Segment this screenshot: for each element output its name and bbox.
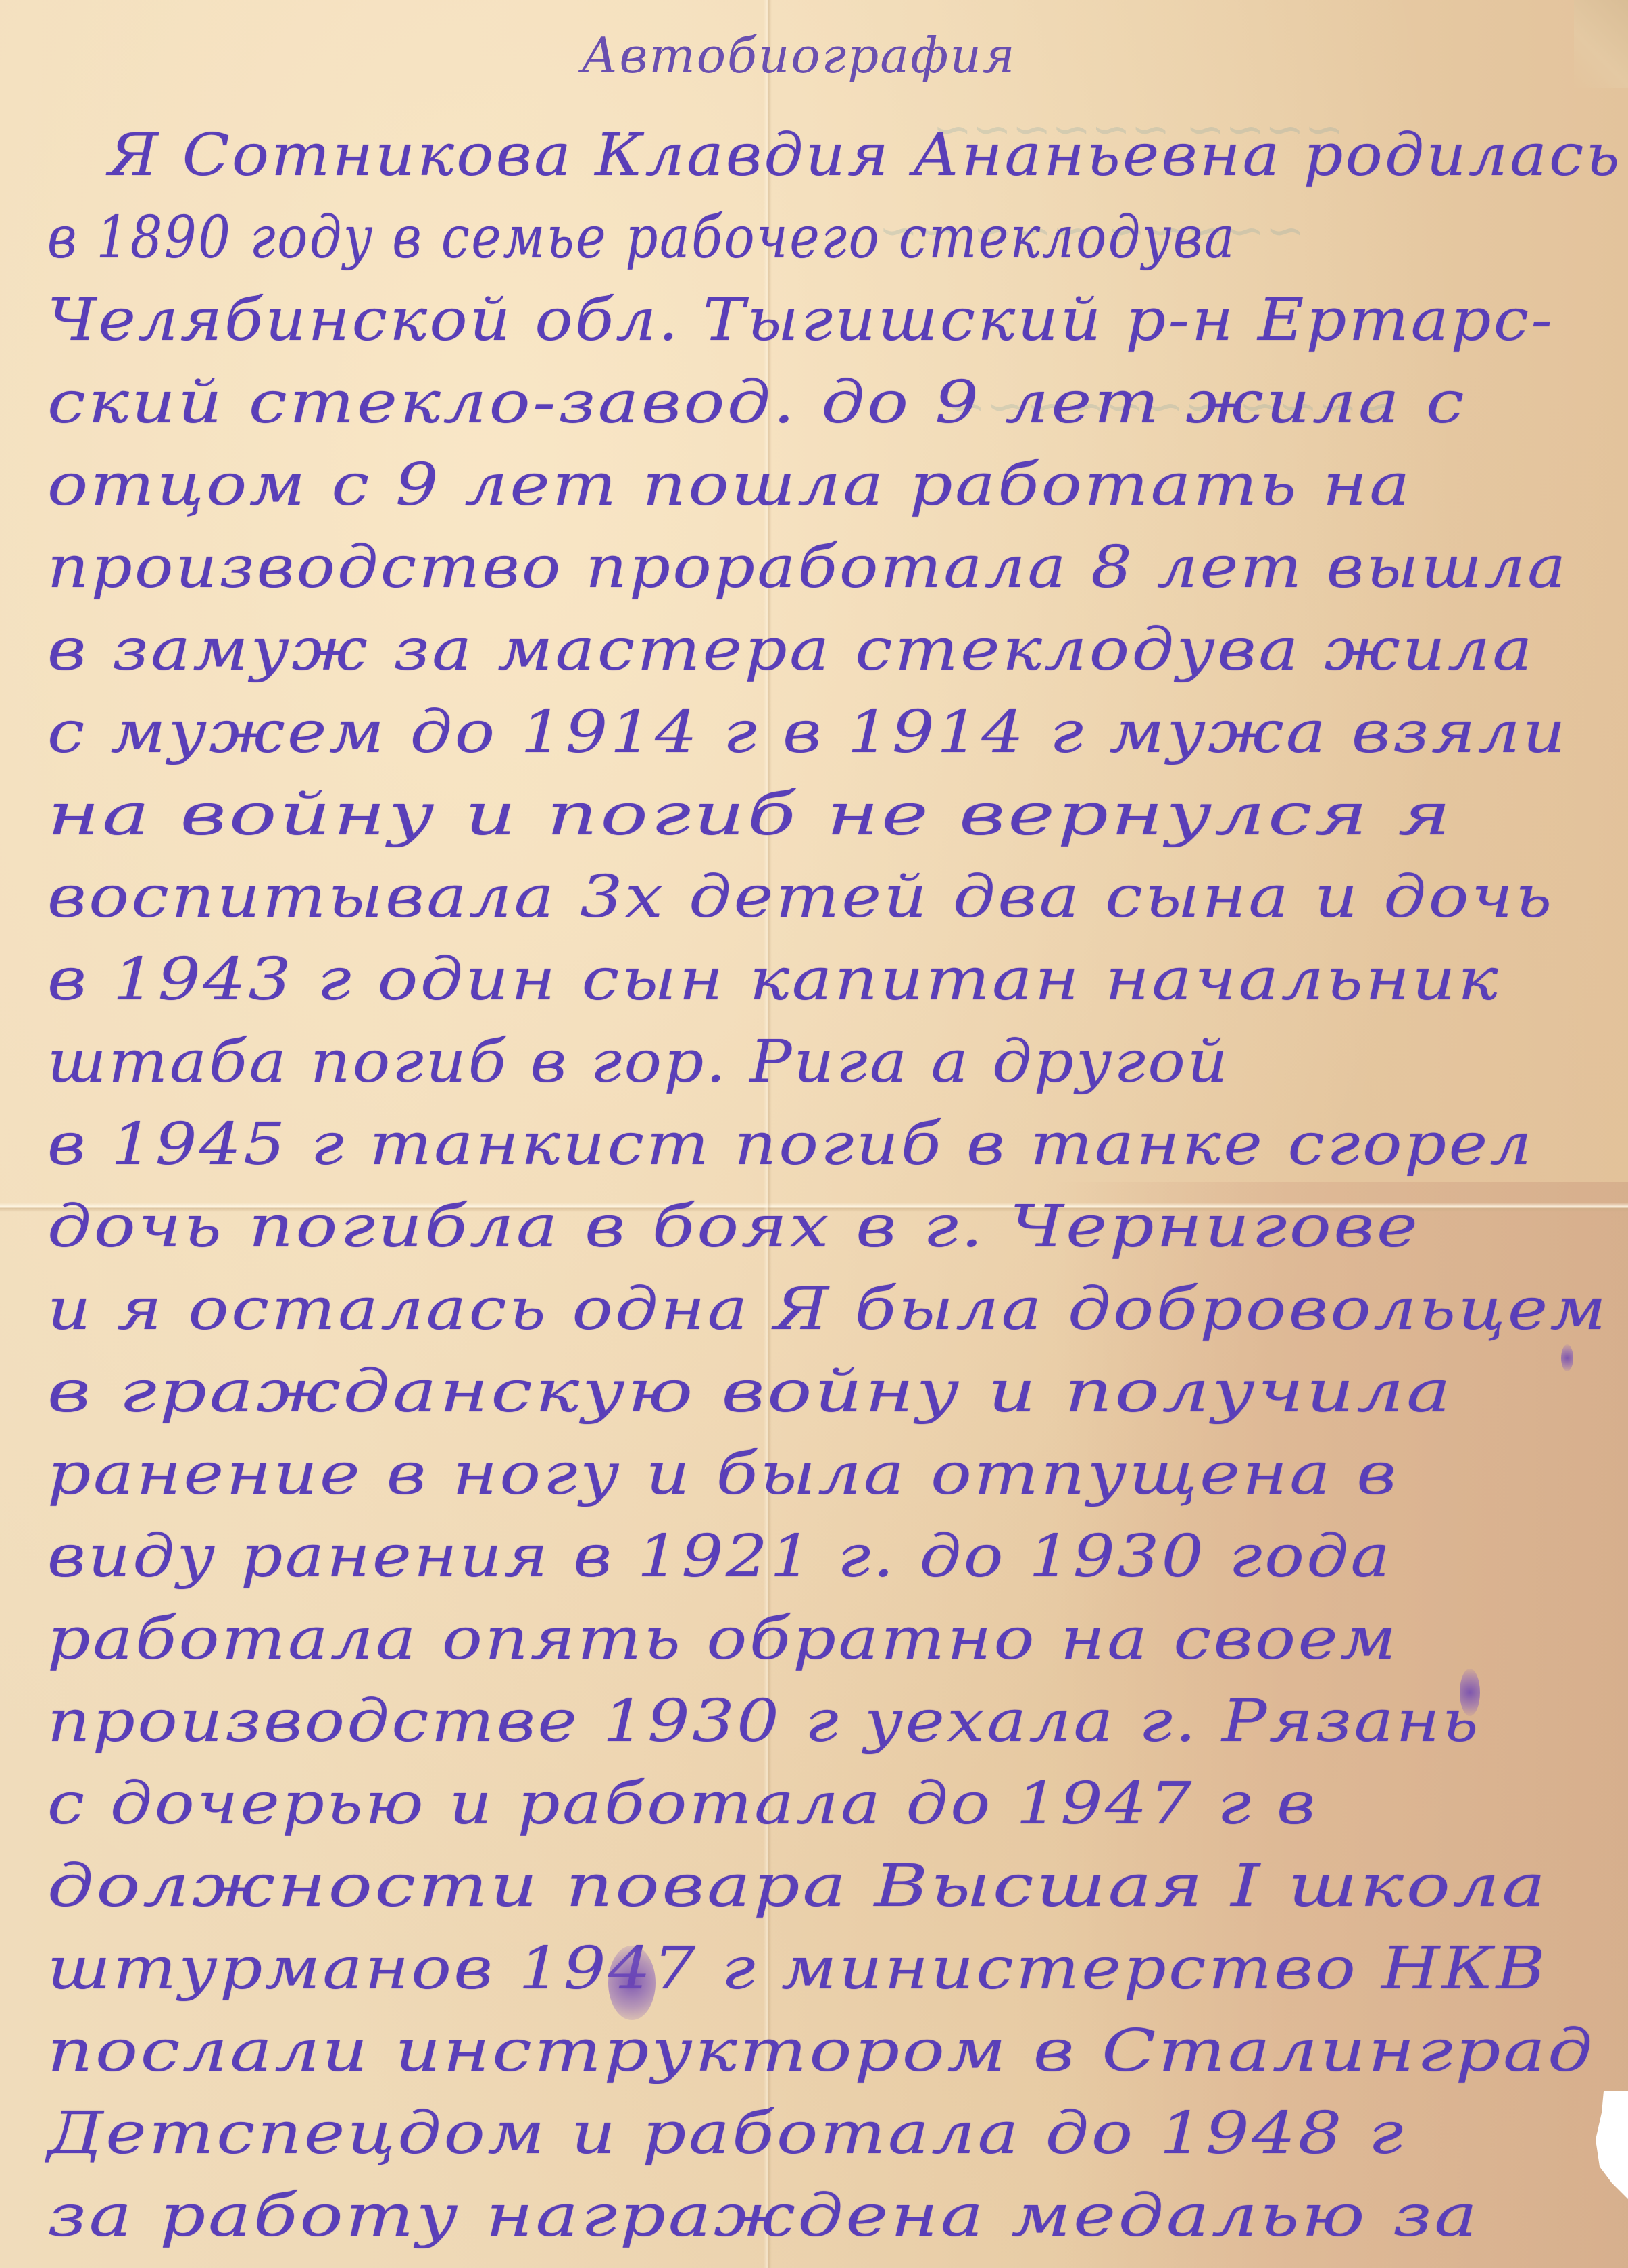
handwritten-line: на войну и погиб не вернулся я [47, 781, 1454, 849]
ink-blot [1460, 1669, 1480, 1716]
handwritten-line: послали инструктором в Сталинград [47, 2017, 1595, 2085]
handwritten-line: виду ранения в 1921 г. до 1930 года [47, 1523, 1392, 1590]
handwritten-line: в 1945 г танкист погиб в танке сгорел [47, 1111, 1534, 1178]
handwritten-line: и я осталась одна Я была добровольцем [47, 1276, 1608, 1343]
handwritten-line: в гражданскую войну и получила [47, 1358, 1453, 1426]
handwritten-line: в 1943 г один сын капитан начальник [47, 946, 1500, 1013]
handwritten-line: за работу награждена медалью за [47, 2182, 1479, 2250]
handwritten-line: Я Сотникова Клавдия Ананьевна родилась [108, 122, 1622, 189]
handwritten-line: воспитывала 3х детей два сына и дочь [47, 863, 1554, 931]
handwritten-line: Челябинской обл. Тыгишский р-н Ертарс- [47, 286, 1554, 354]
document-title: Автобиография [581, 27, 1016, 84]
ink-blot [608, 1946, 656, 2020]
handwritten-line: с дочерью и работала до 1947 г в [47, 1770, 1318, 1838]
handwritten-line: штурманов 1947 г министерство НКВ [47, 1935, 1548, 2002]
handwritten-line: производстве 1930 г уехала г. Рязань [47, 1688, 1481, 1755]
handwritten-line: производство проработала 8 лет вышла [47, 534, 1568, 601]
handwritten-line: должности повара Высшая I школа [47, 1853, 1548, 1920]
handwritten-line: в замуж за мастера стеклодува жила [47, 616, 1535, 684]
corner-fold [1574, 0, 1628, 88]
handwritten-line: отцом с 9 лет пошла работать на [47, 451, 1412, 519]
ink-blot [1561, 1344, 1573, 1371]
handwritten-line: Детспецдом и работала до 1948 г [47, 2100, 1406, 2167]
handwritten-line: штаба погиб в гор. Рига а другой [47, 1028, 1230, 1096]
handwritten-line: работала опять обратно на своем [47, 1605, 1398, 1673]
handwritten-line: с мужем до 1914 г в 1914 г мужа взяли [47, 699, 1568, 766]
handwritten-line: ранение в ногу и была отпущена в [47, 1440, 1399, 1508]
handwritten-line: в 1890 году в семье рабочего стеклодува [47, 204, 1236, 272]
handwritten-line: ский стекло-завод. до 9 лет жила с [47, 369, 1466, 436]
handwritten-line: дочь погибла в боях в г. Чернигове [47, 1193, 1420, 1261]
